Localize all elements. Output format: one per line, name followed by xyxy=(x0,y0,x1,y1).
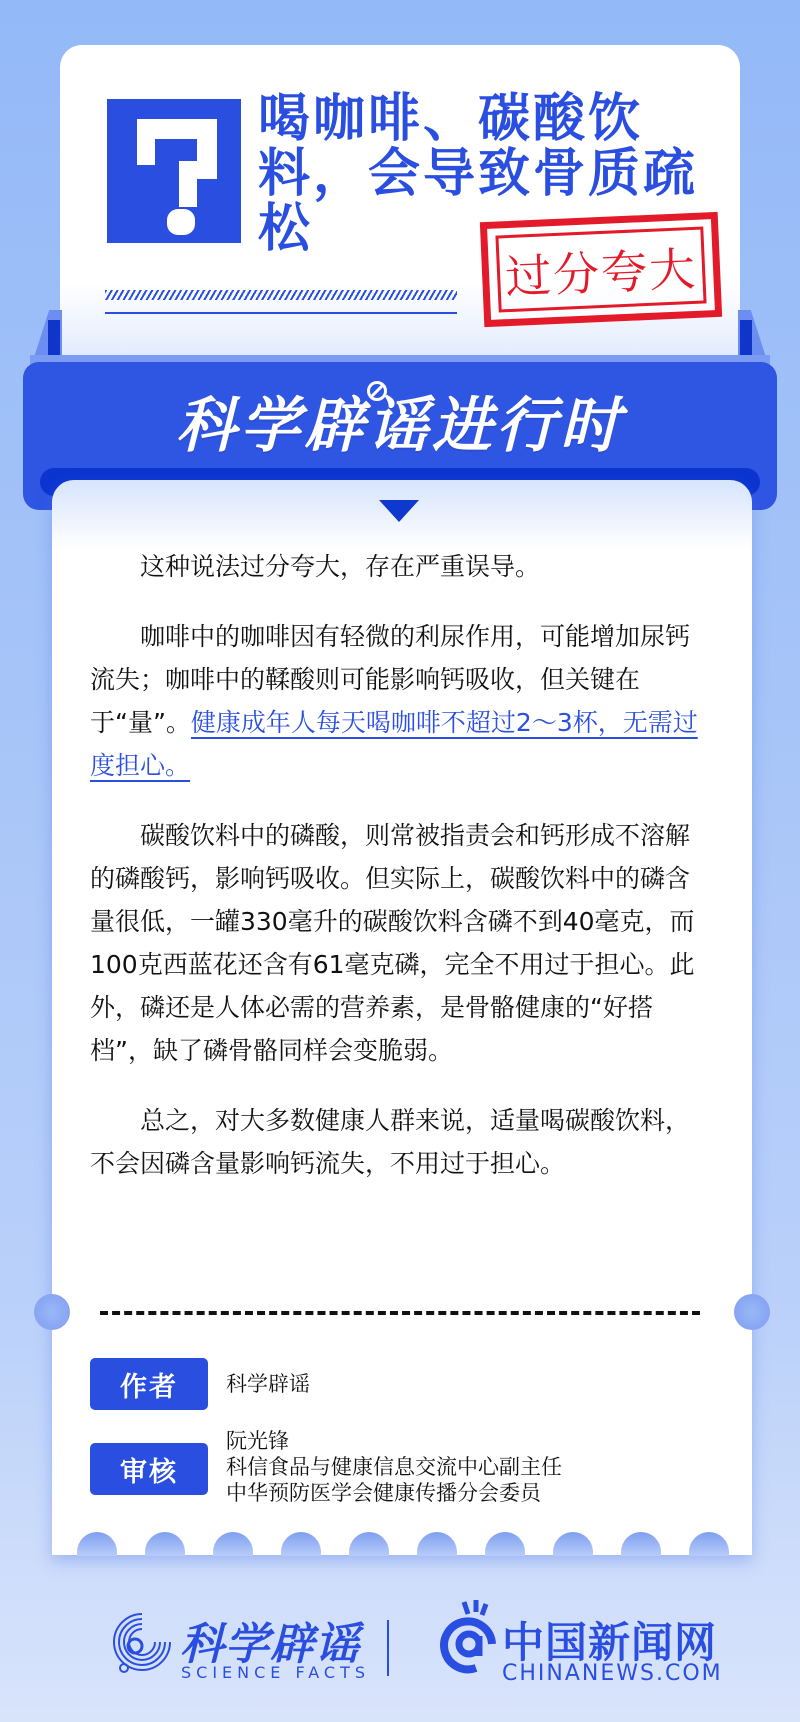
science-facts-logo-icon xyxy=(108,1608,176,1680)
paragraph: 这种说法过分夸大，存在严重误导。 xyxy=(90,545,712,588)
paragraph: 总之，对大多数健康人群来说，适量喝碳酸饮料，不会因磷含量影响钙流失，不用过于担心… xyxy=(90,1099,712,1185)
banner-title: 科学辟谣进行时 xyxy=(0,378,800,464)
headline-line-1: 喝咖啡、碳酸饮 xyxy=(258,92,698,147)
ticket-notch-right xyxy=(734,1294,770,1330)
paragraph: 碳酸饮料中的磷酸，则常被指责会和钙形成不溶解的磷酸钙，影响钙吸收。但实际上，碳酸… xyxy=(90,814,712,1072)
author-label: 作者 xyxy=(90,1358,208,1410)
science-facts-logo-subtitle: SCIENCE FACTS xyxy=(181,1663,370,1682)
reviewer-title-1: 科信食品与健康信息交流中心副主任 xyxy=(226,1454,562,1480)
reviewer-info: 阮光锋 科信食品与健康信息交流中心副主任 中华预防医学会健康传播分会委员 xyxy=(226,1428,562,1506)
verdict-stamp: 过分夸大 xyxy=(480,212,722,327)
chinanews-logo-subtitle: CHINANEWS.COM xyxy=(502,1661,723,1686)
reviewer-name: 阮光锋 xyxy=(226,1428,562,1454)
chinanews-at-icon xyxy=(436,1598,504,1686)
reviewer-label: 审核 xyxy=(90,1443,208,1495)
verdict-stamp-inner-frame: 过分夸大 xyxy=(495,227,706,313)
headline-underline xyxy=(105,312,457,314)
reviewer-title-2: 中华预防医学会健康传播分会委员 xyxy=(226,1480,562,1506)
author-name: 科学辟谣 xyxy=(226,1371,310,1397)
verdict-stamp-text: 过分夸大 xyxy=(504,232,699,306)
logo-divider xyxy=(387,1620,389,1676)
prohibition-icon xyxy=(366,380,388,402)
article-body: 这种说法过分夸大，存在严重误导。 咖啡中的咖啡因有轻微的利尿作用，可能增加尿钙流… xyxy=(90,545,712,1212)
paragraph: 咖啡中的咖啡因有轻微的利尿作用，可能增加尿钙流失；咖啡中的鞣酸则可能影响钙吸收，… xyxy=(90,615,712,787)
triangle-down-icon xyxy=(379,500,419,522)
hatched-divider xyxy=(105,290,457,300)
ticket-notch-left xyxy=(34,1294,70,1330)
question-mark-icon xyxy=(107,99,241,243)
headline-line-2: 料，会导致骨质疏 xyxy=(258,147,698,202)
dashed-divider xyxy=(100,1311,700,1315)
